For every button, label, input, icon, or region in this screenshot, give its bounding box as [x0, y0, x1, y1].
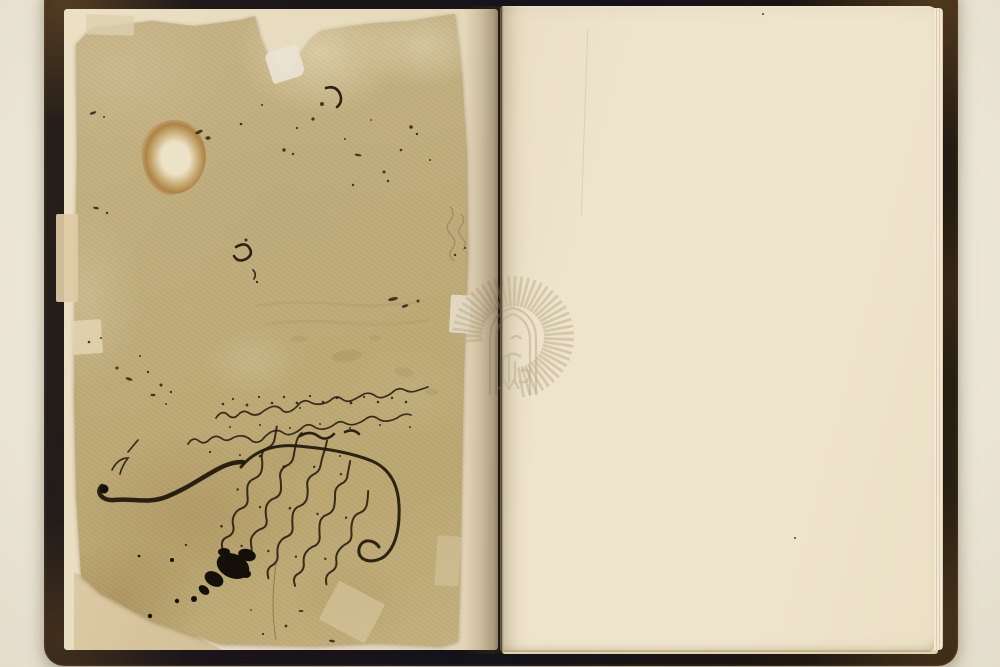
ink-specks	[88, 13, 796, 643]
ink-blot-cluster	[138, 547, 258, 618]
pen-flourish	[99, 440, 243, 501]
faint-smudges	[255, 302, 439, 640]
single-letter-mark	[234, 239, 258, 284]
gutter-shadow	[464, 6, 504, 654]
diagonal-inscription	[205, 414, 387, 608]
photo-of-open-book	[0, 0, 1000, 667]
